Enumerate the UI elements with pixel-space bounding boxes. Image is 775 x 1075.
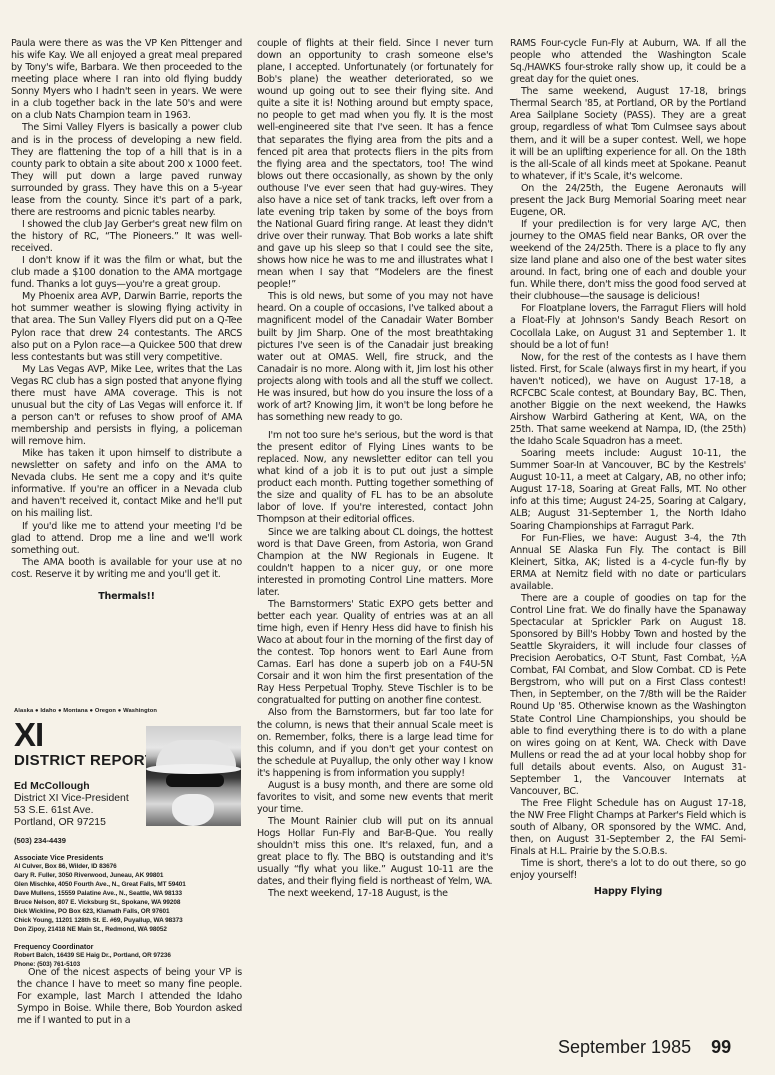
avp-entry: Glen Mischke, 4050 Fourth Ave., N., Grea…	[14, 880, 246, 889]
paragraph: August is a busy month, and there are so…	[257, 780, 493, 816]
paragraph: Since we are talking about CL doings, th…	[257, 527, 493, 599]
beard-shape	[172, 794, 214, 826]
signoff-thermals: Thermals!!	[11, 591, 242, 603]
paragraph: Now, for the rest of the contests as I h…	[510, 352, 746, 449]
page-number: 99	[711, 1037, 731, 1057]
avp-entry: Al Culver, Box 86, Wilder, ID 83676	[14, 862, 246, 871]
paragraph: The Mount Rainier club will put on its a…	[257, 816, 493, 888]
paragraph: This is old news, but some of you may no…	[257, 291, 493, 424]
avp-entry: Dick Wickline, PO Box 623, Klamath Falls…	[14, 907, 246, 916]
avp-entry: Don Zipoy, 21418 NE Main St., Redmond, W…	[14, 925, 246, 934]
paragraph: One of the nicest aspects of being your …	[17, 967, 242, 1027]
vp-phone: (503) 234-4439	[14, 836, 246, 845]
paragraph: Paula were there as was the VP Ken Pitte…	[11, 38, 242, 122]
paragraph: If you'd like me to attend your meeting …	[11, 521, 242, 557]
article-column-1-bottom: One of the nicest aspects of being your …	[17, 967, 242, 1027]
paragraph: RAMS Four-cycle Fun-Fly at Auburn, WA. I…	[510, 38, 746, 86]
sunglasses-shape	[166, 774, 224, 787]
paragraph: My Phoenix area AVP, Darwin Barrie, repo…	[11, 291, 242, 363]
paragraph: The Free Flight Schedule has on August 1…	[510, 798, 746, 858]
avp-entry: Gary R. Fuller, 3050 Riverwood, Juneau, …	[14, 871, 246, 880]
avp-heading: Associate Vice Presidents	[14, 853, 246, 862]
paragraph: I don't know if it was the film or what,…	[11, 255, 242, 291]
paragraph: On the 24/25th, the Eugene Aeronauts wil…	[510, 183, 746, 219]
signoff-happy-flying: Happy Flying	[510, 886, 746, 898]
paragraph: couple of flights at their field. Since …	[257, 38, 493, 291]
paragraph: If your predilection is for very large A…	[510, 219, 746, 303]
paragraph: For Fun-Flies, we have: August 3-4, the …	[510, 533, 746, 593]
freq-heading: Frequency Coordinator	[14, 942, 246, 951]
article-column-3: RAMS Four-cycle Fun-Fly at Auburn, WA. I…	[510, 38, 746, 898]
freq-contact: Robert Balch, 16439 SE Haig Dr., Portlan…	[14, 951, 246, 960]
avp-entry: Chick Young, 11201 128th St. E. #69, Puy…	[14, 916, 246, 925]
article-column-1: Paula were there as was the VP Ken Pitte…	[11, 38, 242, 603]
paragraph: The Simi Valley Flyers is basically a po…	[11, 122, 242, 219]
paragraph: The Barnstormers' Static EXPO gets bette…	[257, 599, 493, 708]
vp-portrait-photo	[146, 726, 241, 826]
paragraph: I showed the club Jay Gerber's great new…	[11, 219, 242, 255]
paragraph: Soaring meets include: August 10-11, the…	[510, 448, 746, 532]
paragraph: My Las Vegas AVP, Mike Lee, writes that …	[11, 364, 242, 448]
paragraph: The AMA booth is available for your use …	[11, 557, 242, 581]
avp-entry: Dave Mullens, 15559 Palatine Ave., N., S…	[14, 889, 246, 898]
paragraph: Mike has taken it upon himself to distri…	[11, 448, 242, 520]
page-footer: September 198599	[558, 1037, 731, 1058]
paragraph: Also from the Barnstormers, but far too …	[257, 707, 493, 779]
paragraph: For Floatplane lovers, the Farragut Flie…	[510, 303, 746, 351]
avp-entry: Bruce Nelson, 807 E. Vicksburg St., Spok…	[14, 898, 246, 907]
issue-date: September 1985	[558, 1037, 691, 1057]
paragraph: Time is short, there's a lot to do out t…	[510, 858, 746, 882]
paragraph: The same weekend, August 17-18, brings T…	[510, 86, 746, 183]
article-column-2: couple of flights at their field. Since …	[257, 38, 493, 900]
paragraph: The next weekend, 17-18 August, is the	[257, 888, 493, 900]
paragraph: I'm not too sure he's serious, but the w…	[257, 430, 493, 527]
hat-brim-shape	[146, 764, 241, 774]
paragraph: There are a couple of goodies on tap for…	[510, 593, 746, 798]
district-states: Alaska ● Idaho ● Montana ● Oregon ● Wash…	[14, 708, 246, 714]
